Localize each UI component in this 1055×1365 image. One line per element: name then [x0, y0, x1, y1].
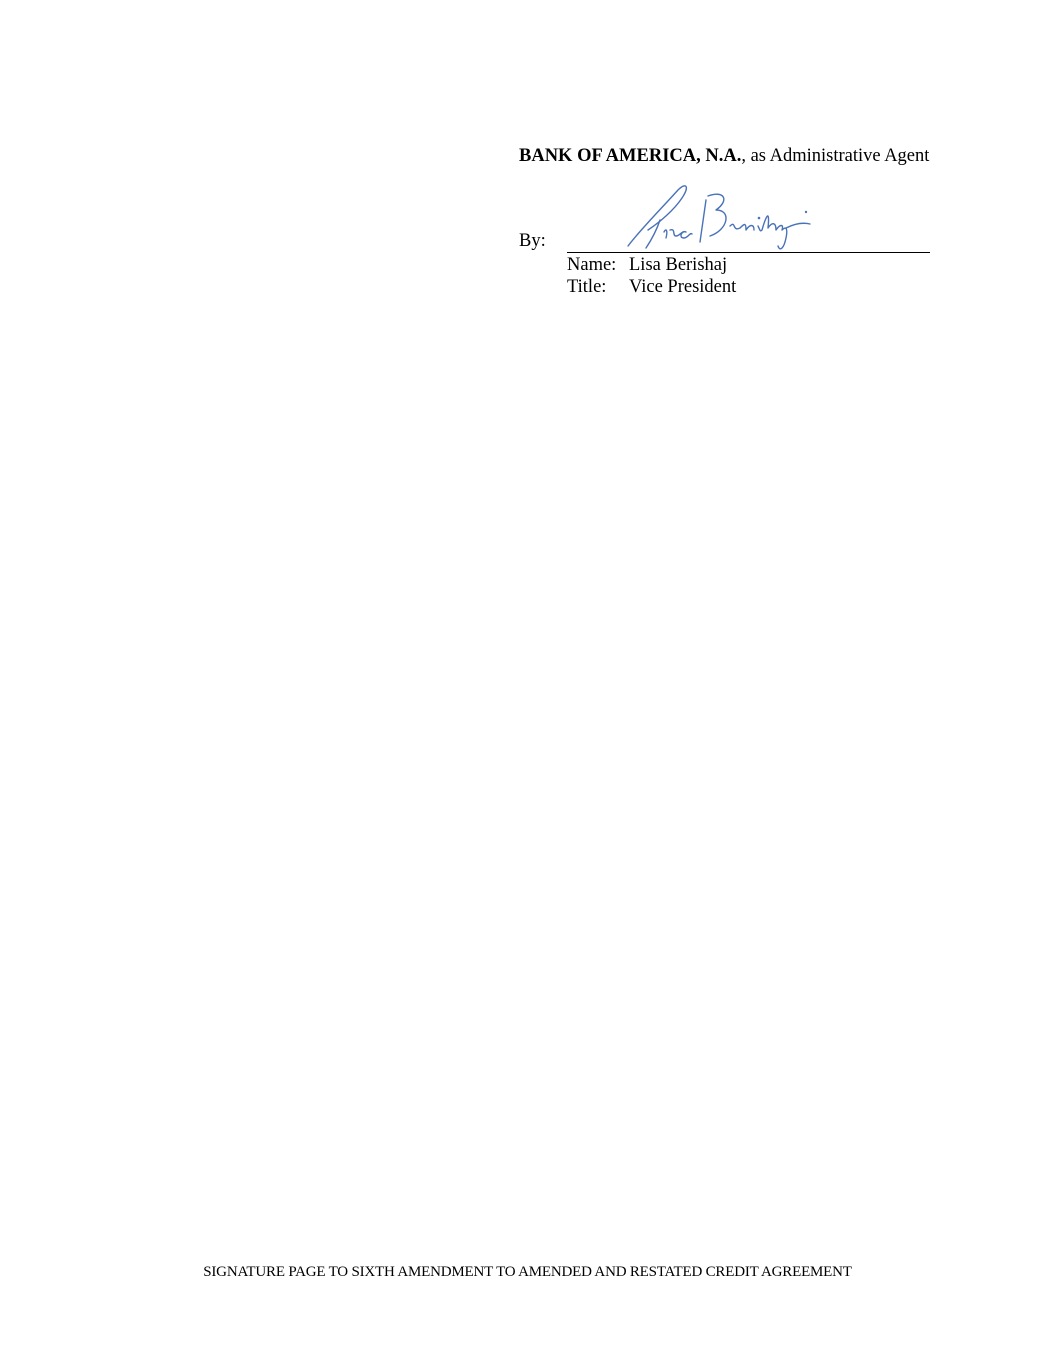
name-label: Name:	[567, 255, 629, 276]
entity-role: , as Administrative Agent	[741, 146, 929, 166]
title-value: Vice President	[629, 277, 736, 297]
name-value: Lisa Berishaj	[629, 255, 727, 275]
by-label: By:	[519, 231, 546, 252]
signature-line	[567, 252, 930, 253]
entity-name: BANK OF AMERICA, N.A.	[519, 146, 741, 166]
title-row: Title:Vice President	[567, 277, 736, 298]
name-row: Name:Lisa Berishaj	[567, 255, 727, 276]
page-footer: SIGNATURE PAGE TO SIXTH AMENDMENT TO AME…	[0, 1264, 1055, 1281]
title-label: Title:	[567, 277, 629, 298]
handwritten-signature	[620, 180, 820, 255]
signatory-entity: BANK OF AMERICA, N.A., as Administrative…	[519, 145, 939, 167]
